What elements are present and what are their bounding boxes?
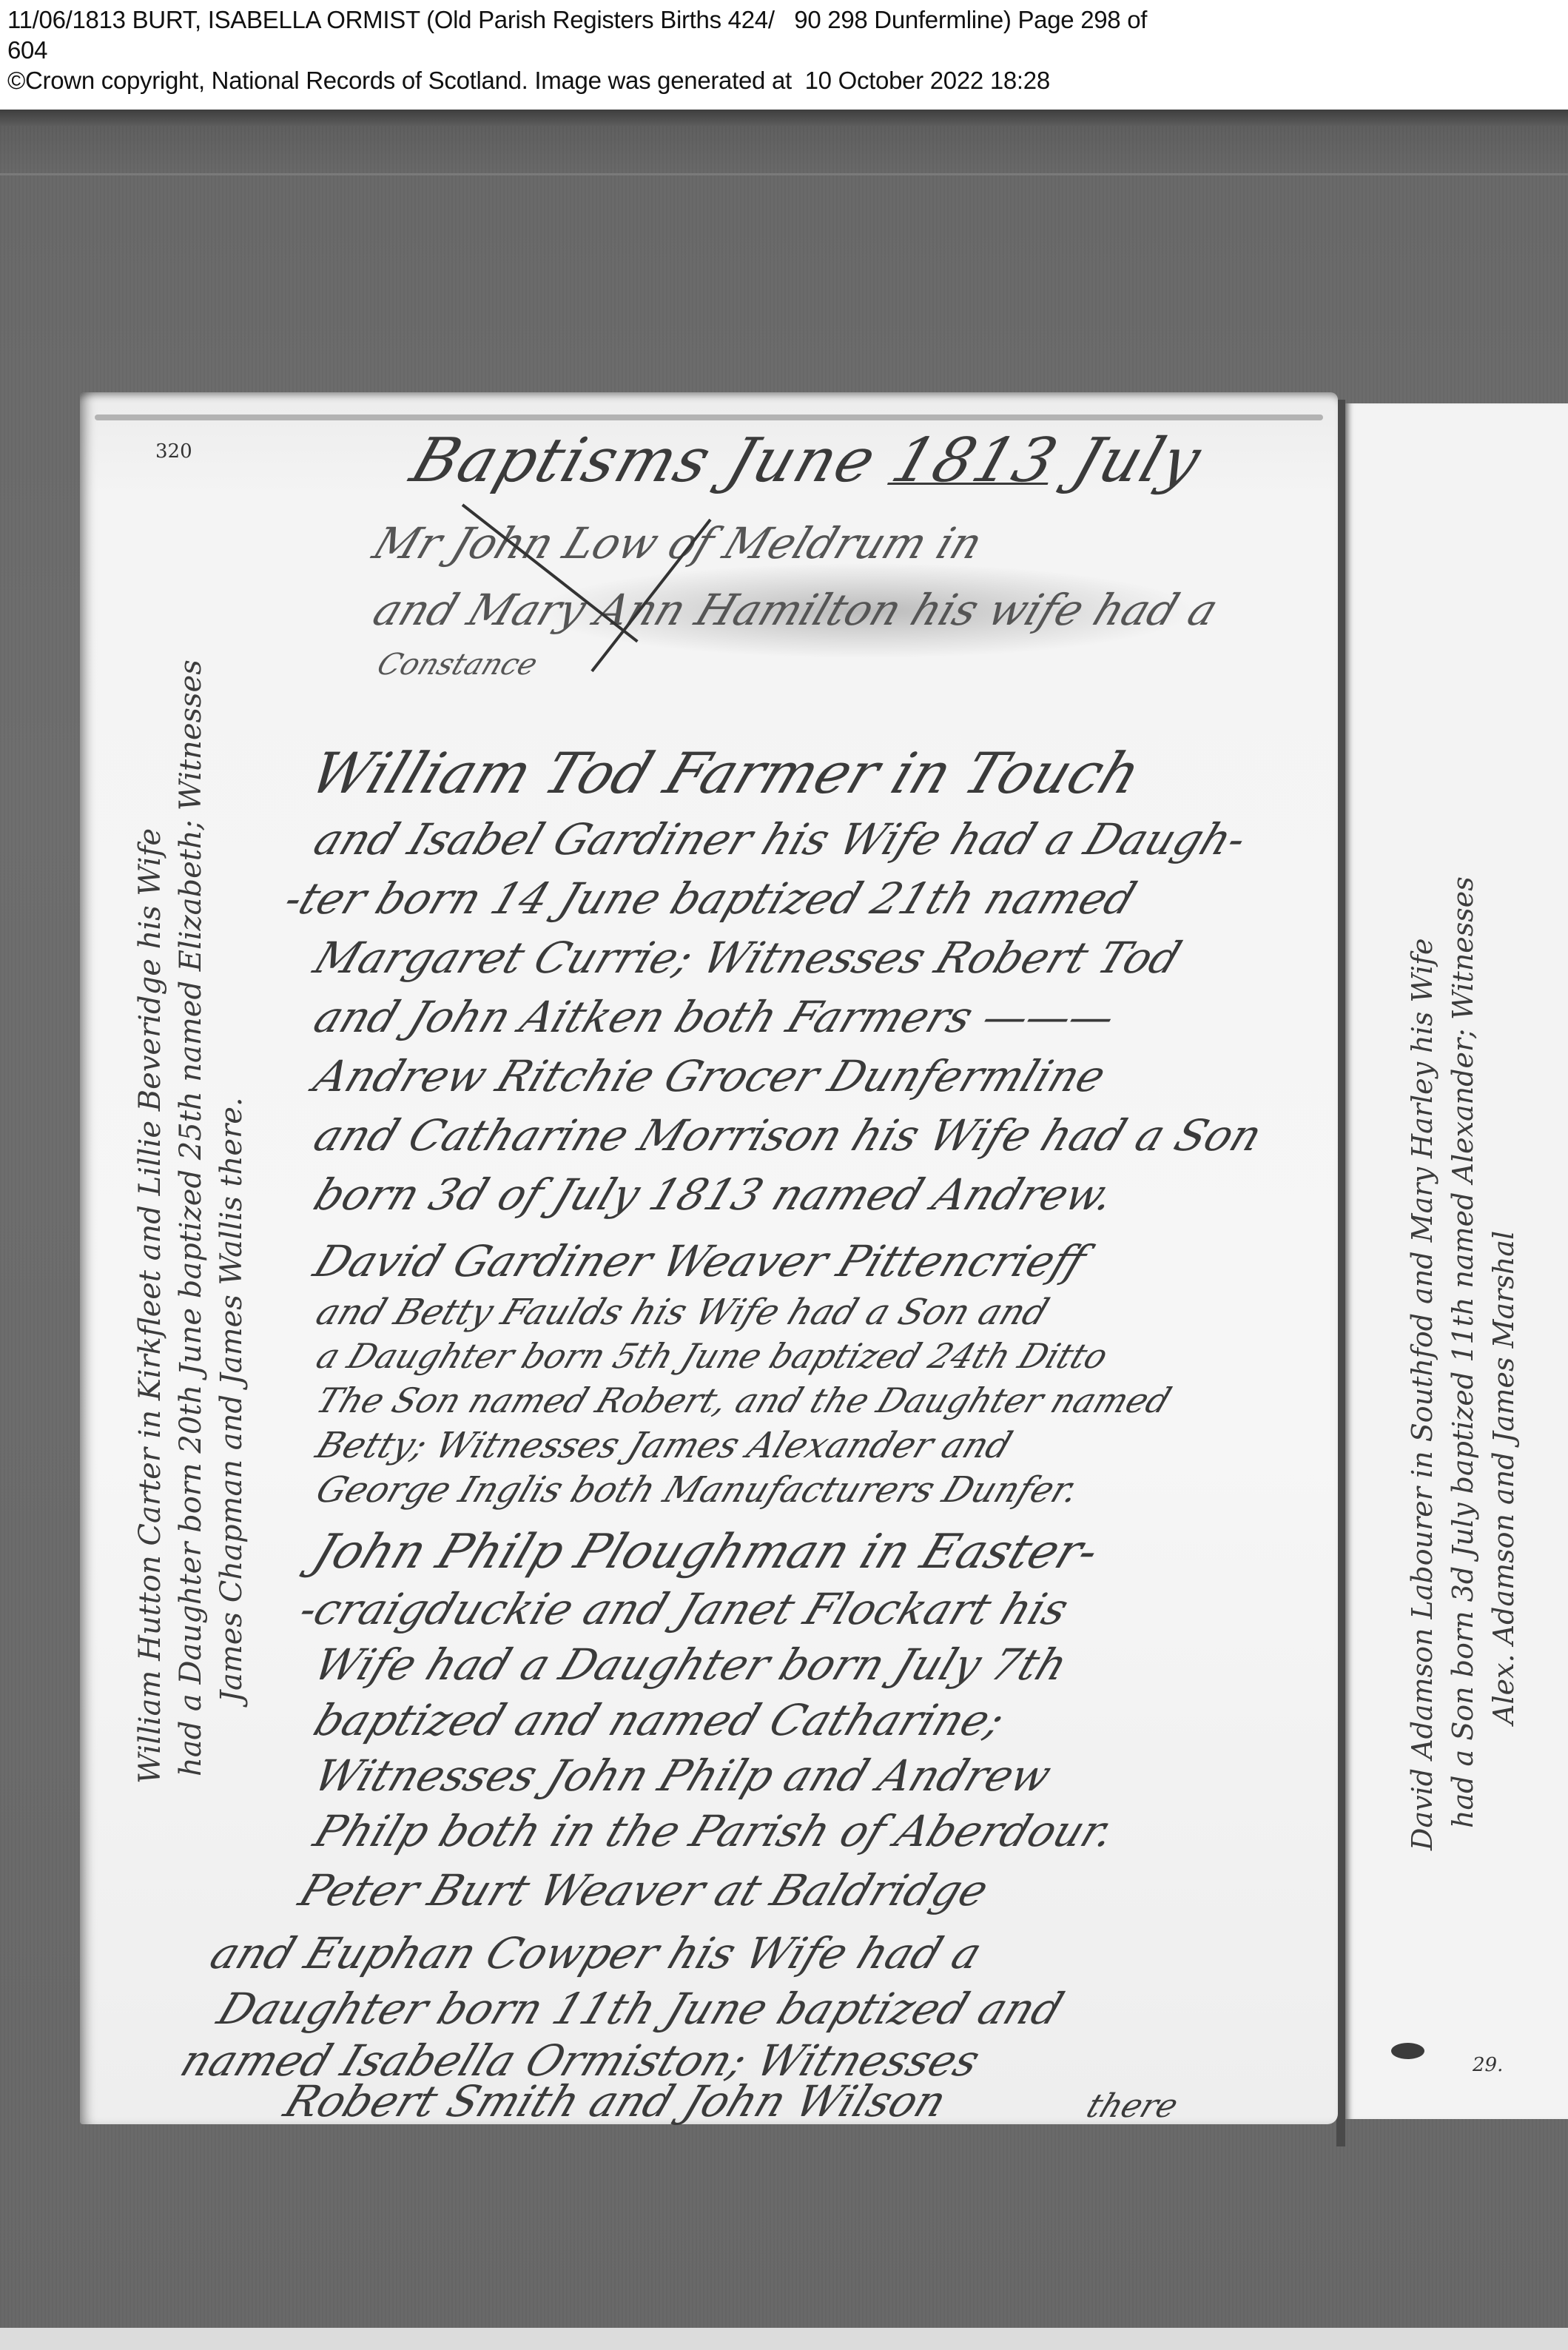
bottom-bar: [0, 2328, 1568, 2350]
entry-gardiner-line: George Inglis both Manufacturers Dunfer.: [311, 1469, 1085, 1511]
scan-line: [0, 173, 1568, 175]
scan-top-edge: [0, 110, 1568, 126]
entry-gardiner-line: Betty; Witnesses James Alexander and: [311, 1425, 1017, 1466]
record-title: 11/06/1813 BURT, ISABELLA ORMIST (Old Pa…: [7, 4, 1399, 35]
margin-entry-line: William Hutton Carter in Kirkfleet and L…: [133, 828, 167, 1784]
entry-gardiner-line: a Daughter born 5th June baptized 24th D…: [311, 1336, 1114, 1376]
entry-tod-line: and John Aitken both Farmers ———: [307, 992, 1123, 1042]
entry-gardiner-line: and Betty Faulds his Wife had a Son and: [311, 1292, 1054, 1333]
entry-philp-line: Wife had a Daughter born July 7th: [307, 1639, 1074, 1690]
entry-burt-line: Robert Smith and John Wilson: [277, 2076, 953, 2126]
facing-page-number: 29.: [1473, 2054, 1503, 2076]
entry-philp-line: John Philp Ploughman in Easter-: [306, 1525, 1106, 1579]
facing-page-entry-line: David Adamson Labourer in Southfod and M…: [1406, 939, 1439, 1850]
ink-blot: [1391, 2043, 1424, 2059]
citation-header: 11/06/1813 BURT, ISABELLA ORMIST (Old Pa…: [0, 0, 1568, 110]
facing-page-entry-line: Alex. Adamson and James Marshal: [1487, 1231, 1520, 1725]
heading-year: 1813: [884, 426, 1067, 496]
page-crease: [95, 414, 1323, 420]
record-title-continued: 604: [7, 35, 1399, 65]
margin-entry-line: James Chapman and James Wallis there.: [215, 1097, 249, 1702]
entry-burt-line: there: [1081, 2087, 1183, 2125]
entry-burt-line: and Euphan Cowper his Wife had a: [203, 1928, 989, 1978]
page-number: 320: [155, 440, 192, 463]
entry-gardiner-line: The Son named Robert, and the Daughter n…: [311, 1380, 1177, 1420]
copyright-notice: ©Crown copyright, National Records of Sc…: [7, 65, 1399, 95]
heading-prefix: Baptisms June: [403, 426, 886, 496]
entry-gardiner-line: David Gardiner Weaver Pittencrieff: [307, 1236, 1093, 1286]
entry-philp-line: Witnesses John Philp and Andrew: [307, 1750, 1058, 1801]
entry-philp-line: Philp both in the Parish of Aberdour.: [307, 1806, 1122, 1856]
margin-entry-line: had a Daughter born 20th June baptized 2…: [174, 659, 208, 1776]
entry-philp-line: baptized and named Catharine;: [307, 1695, 1012, 1745]
entry-philp-line: -craigduckie and Janet Flockart his: [292, 1584, 1075, 1634]
entry-burt-line: Peter Burt Weaver at Baldridge: [292, 1865, 995, 1916]
struck-entry-line: Constance: [372, 648, 542, 682]
entry-tod-line: William Tod Farmer in Touch: [302, 740, 1150, 806]
entry-ritchie-line: and Catharine Morrison his Wife had a So…: [307, 1110, 1269, 1161]
entry-tod-line: -ter born 14 June baptized 21th named: [277, 873, 1143, 924]
entry-ritchie-line: Andrew Ritchie Grocer Dunfermline: [307, 1051, 1112, 1101]
entry-ritchie-line: born 3d of July 1813 named Andrew.: [307, 1169, 1121, 1220]
page-heading: Baptisms June 1813 July: [403, 426, 1211, 496]
entry-tod-line: Margaret Currie; Witnesses Robert Tod: [307, 933, 1188, 983]
entry-burt-line: Daughter born 11th June baptized and: [211, 1984, 1070, 2034]
entry-tod-line: and Isabel Gardiner his Wife had a Daugh…: [307, 814, 1254, 865]
struck-entry-line: and Mary Ann Hamilton his wife had a: [366, 585, 1225, 635]
facing-page-entry-line: had a Son born 3d July baptized 11th nam…: [1447, 876, 1479, 1828]
heading-suffix: July: [1065, 426, 1211, 496]
